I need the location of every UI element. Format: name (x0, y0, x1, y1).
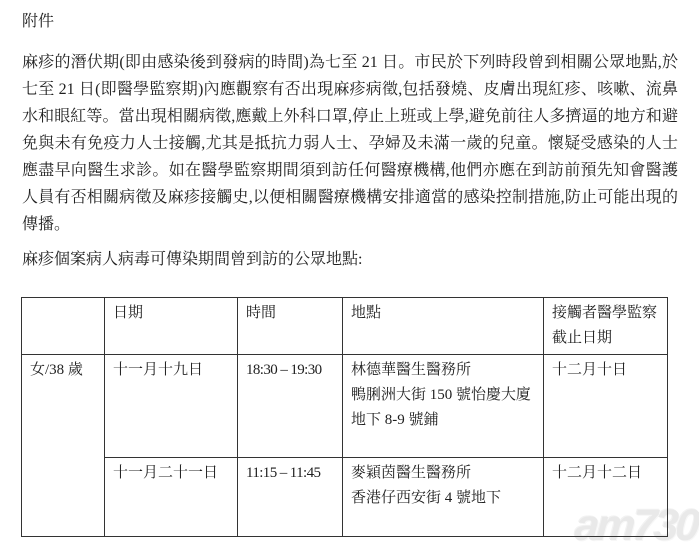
location-cell: 林德華醫生醫務所 鴨脷洲大街 150 號怡慶大廈地下 8-9 號鋪 (343, 355, 544, 458)
patient-cell: 女/38 歲 (22, 355, 105, 537)
location-name: 麥穎茵醫生醫務所 (351, 461, 538, 486)
document-page: am730 附件 麻疹的潛伏期(即由感染後到發病的時間)為七至 21 日。市民於… (0, 0, 699, 553)
document-title: 附件 (22, 8, 54, 35)
header-date: 日期 (105, 298, 238, 355)
date-cell: 十一月十九日 (105, 355, 238, 458)
table-row: 十一月二十一日 11:15 – 11:45 麥穎茵醫生醫務所 香港仔西安街 4 … (22, 458, 668, 537)
measles-advice-paragraph: 麻疹的潛伏期(即由感染後到發病的時間)為七至 21 日。市民於下列時段曾到相關公… (22, 49, 678, 238)
table-caption: 麻疹個案病人病毒可傳染期間曾到訪的公眾地點: (22, 246, 362, 273)
time-cell: 11:15 – 11:45 (238, 458, 343, 537)
header-surveillance-deadline: 接觸者醫學監察截止日期 (544, 298, 668, 355)
visited-locations-table: 日期 時間 地點 接觸者醫學監察截止日期 女/38 歲 十一月十九日 18:30… (21, 297, 668, 537)
date-cell: 十一月二十一日 (105, 458, 238, 537)
header-patient-empty (22, 298, 105, 355)
header-location: 地點 (343, 298, 544, 355)
time-cell: 18:30 – 19:30 (238, 355, 343, 458)
table-row: 女/38 歲 十一月十九日 18:30 – 19:30 林德華醫生醫務所 鴨脷洲… (22, 355, 668, 458)
location-name: 林德華醫生醫務所 (351, 358, 538, 383)
header-time: 時間 (238, 298, 343, 355)
location-address: 鴨脷洲大街 150 號怡慶大廈地下 8-9 號鋪 (351, 383, 538, 433)
header-row: 日期 時間 地點 接觸者醫學監察截止日期 (22, 298, 668, 355)
location-cell: 麥穎茵醫生醫務所 香港仔西安街 4 號地下 (343, 458, 544, 537)
deadline-cell: 十二月十二日 (544, 458, 668, 537)
deadline-cell: 十二月十日 (544, 355, 668, 458)
location-address: 香港仔西安街 4 號地下 (351, 486, 538, 511)
